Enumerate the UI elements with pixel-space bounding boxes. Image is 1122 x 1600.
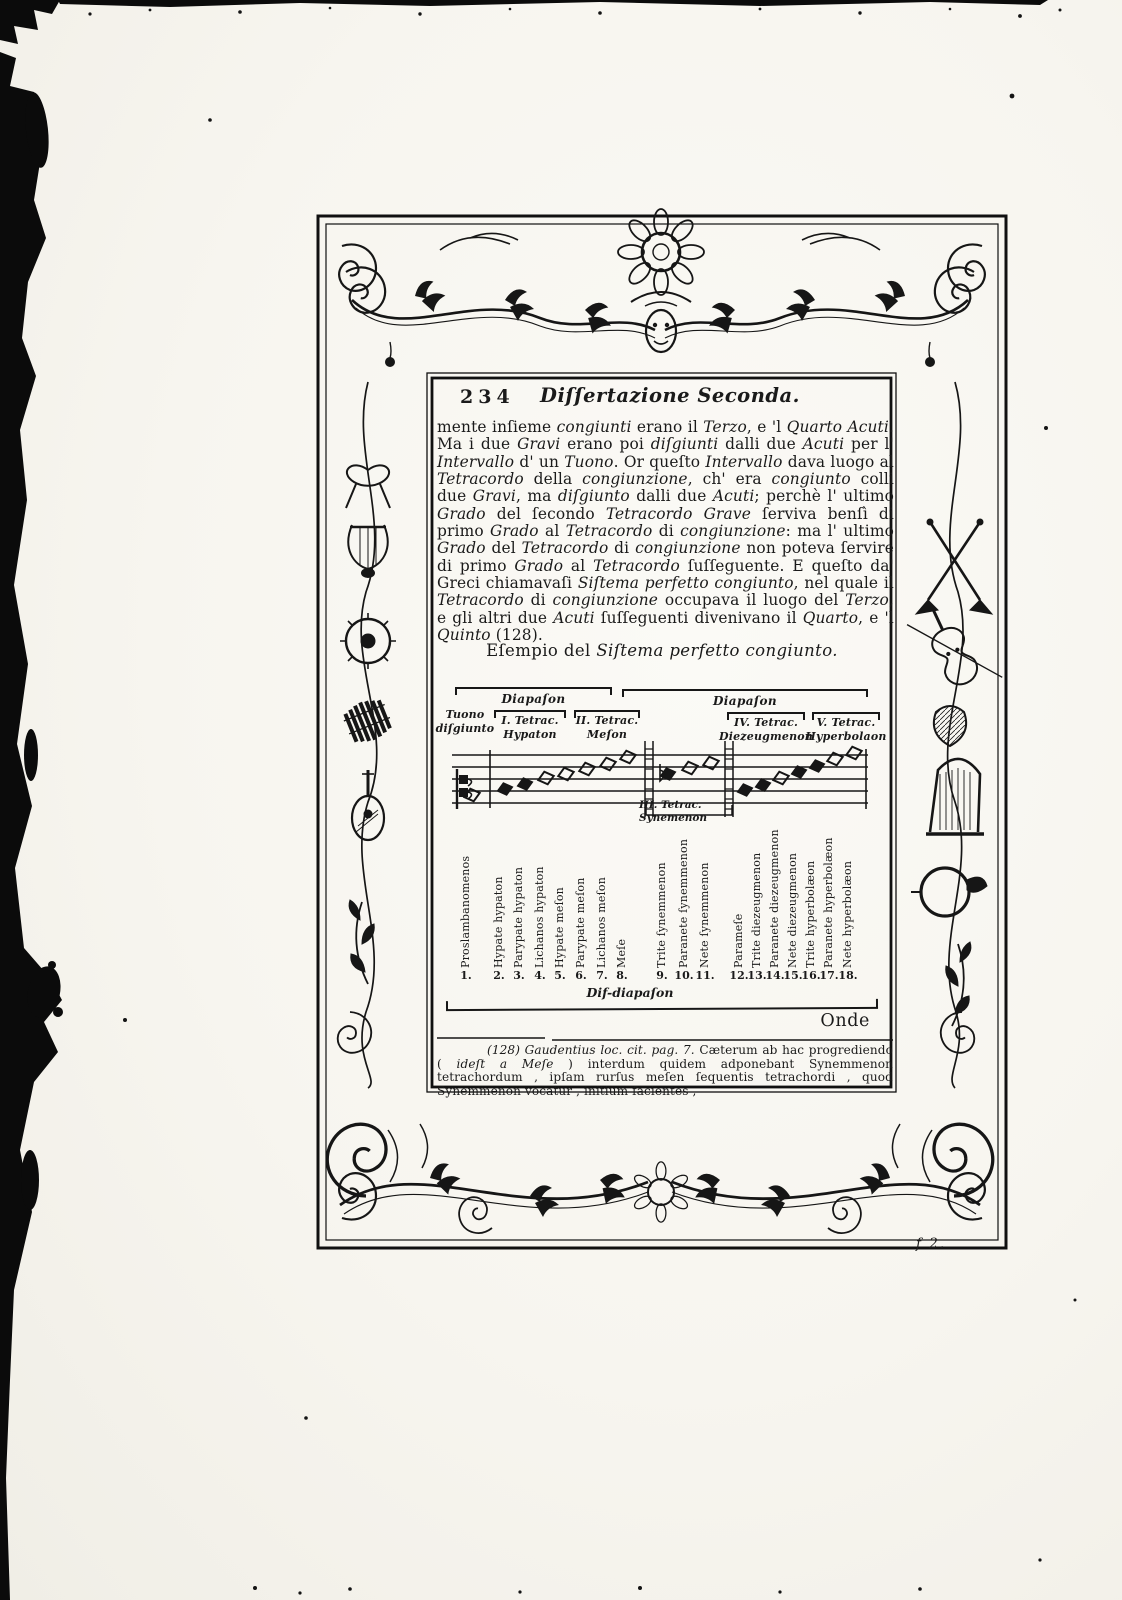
scan-artifacts xyxy=(0,0,1122,1600)
top-left-blot xyxy=(0,0,60,44)
torn-left-edge xyxy=(0,52,62,1600)
torn-top-edge xyxy=(58,0,1048,7)
ink-specks xyxy=(88,7,1076,1595)
scanned-book-page: 234 Diſſertazione Seconda. mente inſieme… xyxy=(0,0,1122,1600)
